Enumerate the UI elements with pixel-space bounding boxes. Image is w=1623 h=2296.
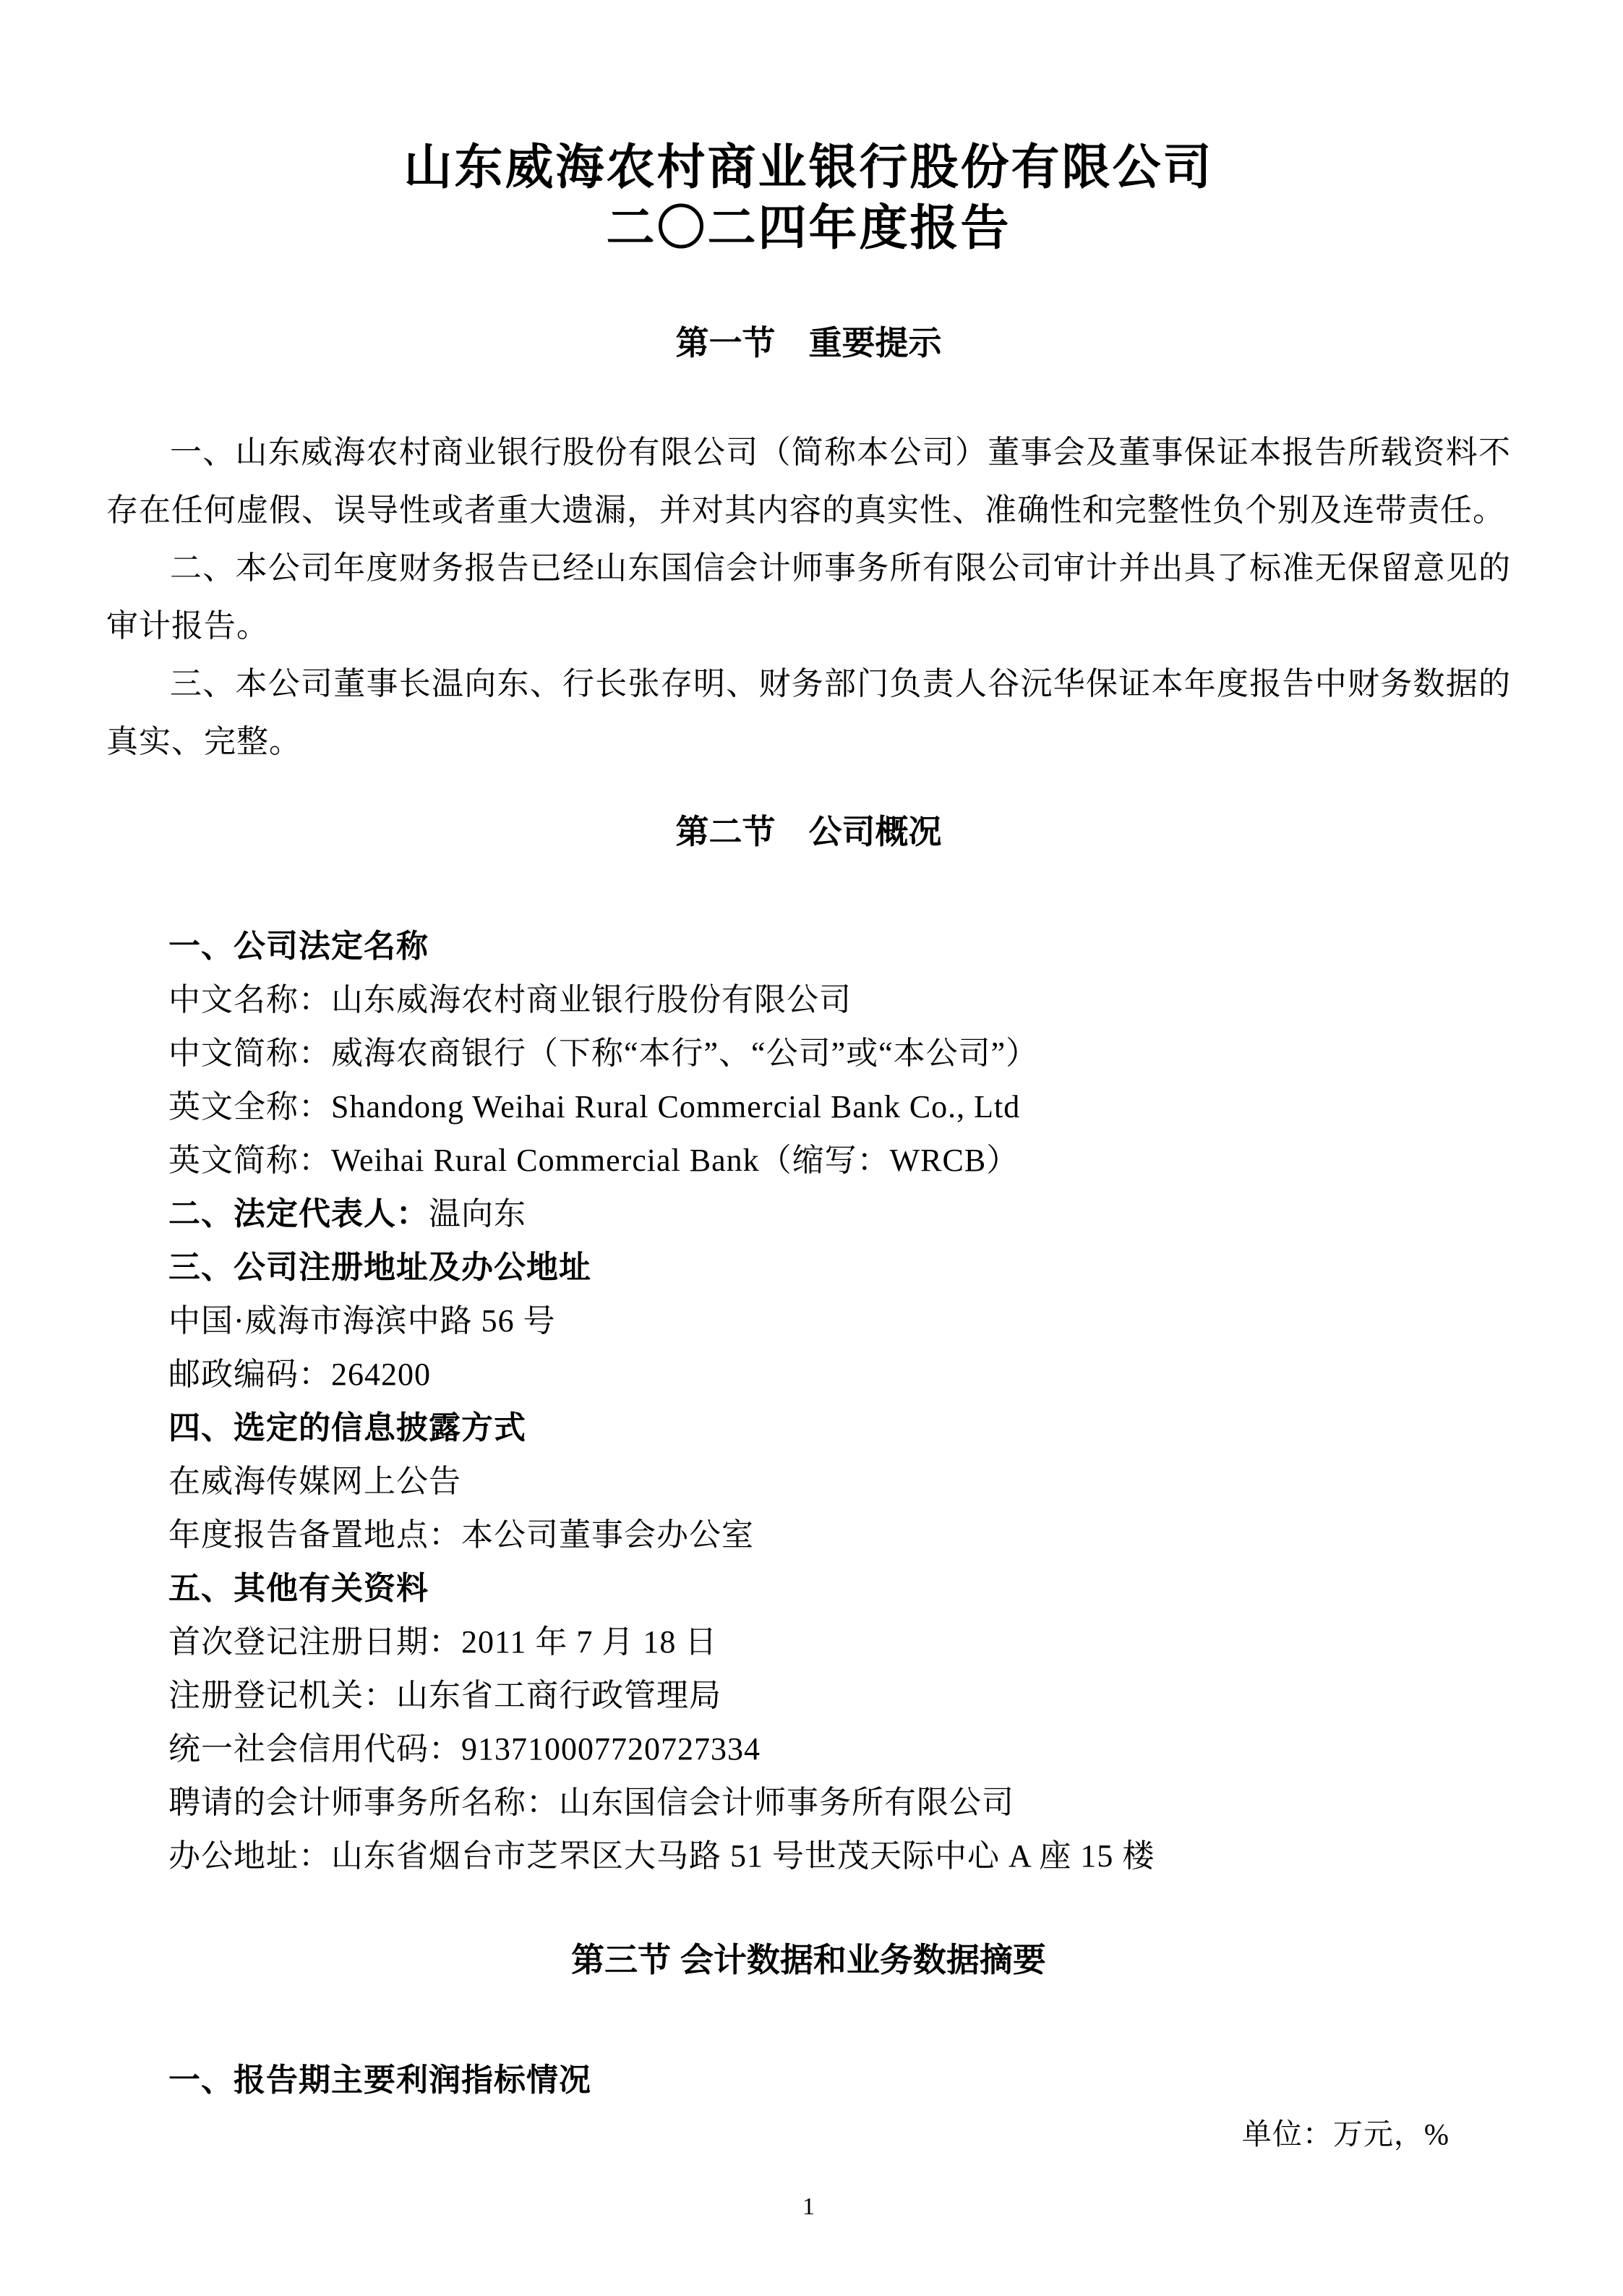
disclosure-method-heading: 四、选定的信息披露方式 [106,1401,1511,1455]
section1-paragraph-1: 一、山东威海农村商业银行股份有限公司（简称本公司）董事会及董事保证本报告所载资料… [106,424,1511,539]
chinese-short-name-line: 中文简称：威海农商银行（下称“本行”、“公司”或“本公司”） [106,1027,1511,1080]
chinese-name-line: 中文名称：山东威海农村商业银行股份有限公司 [106,973,1511,1027]
document-title-line2: 二〇二四年度报告 [106,198,1511,259]
english-name-line: 英文全称：Shandong Weihai Rural Commercial Ba… [106,1080,1511,1134]
section3-heading: 第三节 会计数据和业务数据摘要 [106,1941,1511,1979]
first-registration-date-line: 首次登记注册日期：2011 年 7 月 18 日 [106,1616,1511,1669]
section1-paragraph-3: 三、本公司董事长温向东、行长张存明、财务部门负责人谷沅华保证本年度报告中财务数据… [106,655,1511,771]
postal-code-line: 邮政编码：264200 [106,1348,1511,1401]
section2-heading: 第二节 公司概况 [106,813,1511,850]
page-number: 1 [106,2193,1511,2222]
section1-heading: 第一节 重要提示 [106,324,1511,362]
accounting-firm-line: 聘请的会计师事务所名称：山东国信会计师事务所有限公司 [106,1776,1511,1830]
legal-representative-label: 二、法定代表人： [168,1196,429,1232]
company-legal-name-heading: 一、公司法定名称 [106,920,1511,973]
section2-body: 一、公司法定名称 中文名称：山东威海农村商业银行股份有限公司 中文简称：威海农商… [106,920,1511,1883]
document-title: 山东威海农村商业银行股份有限公司 二〇二四年度报告 [106,137,1511,259]
credit-code-line: 统一社会信用代码：913710007720727334 [106,1723,1511,1776]
other-info-heading: 五、其他有关资料 [106,1562,1511,1616]
document-title-line1: 山东威海农村商业银行股份有限公司 [106,137,1511,198]
disclosure-site-line: 在威海传媒网上公告 [106,1455,1511,1508]
unit-note: 单位：万元，% [106,2107,1511,2161]
registration-authority-line: 注册登记机关：山东省工商行政管理局 [106,1669,1511,1723]
document-page: 山东威海农村商业银行股份有限公司 二〇二四年度报告 第一节 重要提示 一、山东威… [0,0,1623,2296]
section3-subheading: 一、报告期主要利润指标情况 [106,2054,1511,2107]
legal-representative-line: 二、法定代表人：温向东 [106,1187,1511,1241]
english-short-name-line: 英文简称：Weihai Rural Commercial Bank（缩写：WRC… [106,1134,1511,1187]
report-storage-line: 年度报告备置地点：本公司董事会办公室 [106,1508,1511,1562]
accounting-firm-address-line: 办公地址：山东省烟台市芝罘区大马路 51 号世茂天际中心 A 座 15 楼 [106,1830,1511,1883]
section1-paragraph-2: 二、本公司年度财务报告已经山东国信会计师事务所有限公司审计并出具了标准无保留意见… [106,539,1511,655]
address-line: 中国·威海市海滨中路 56 号 [106,1294,1511,1348]
legal-representative-value: 温向东 [429,1196,526,1232]
section1-body: 一、山东威海农村商业银行股份有限公司（简称本公司）董事会及董事保证本报告所载资料… [106,424,1511,771]
registered-address-heading: 三、公司注册地址及办公地址 [106,1241,1511,1294]
